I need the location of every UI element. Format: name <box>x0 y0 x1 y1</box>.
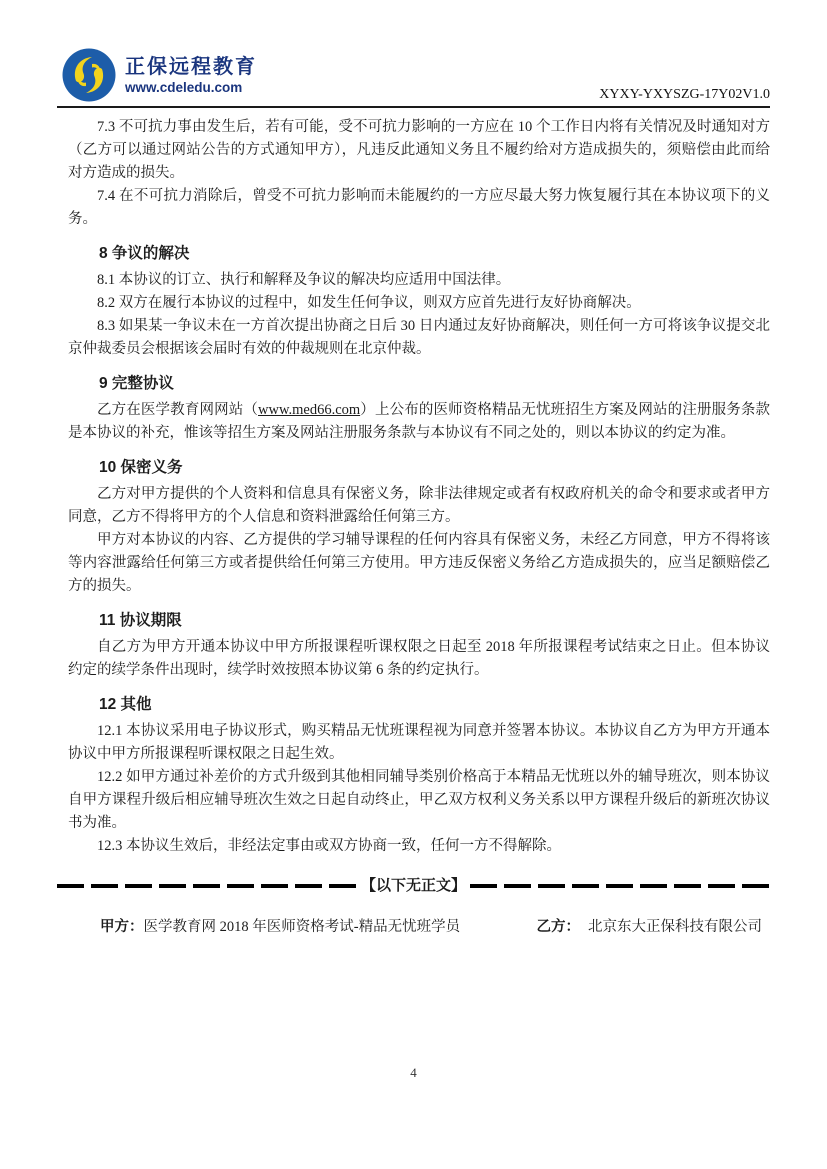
paragraph-11: 自乙方为甲方开通本协议中甲方所报课程听课权限之日起至 2018 年所报课程考试结… <box>68 636 770 682</box>
party-b-label: 乙方： <box>537 916 581 939</box>
paragraph-12-3: 12.3 本协议生效后，非经法定事由或双方协商一致，任何一方不得解除。 <box>68 835 770 858</box>
paragraph-10-2: 甲方对本协议的内容、乙方提供的学习辅导课程的任何内容具有保密义务，未经乙方同意，… <box>68 529 770 598</box>
divider-dash-left <box>57 884 357 888</box>
party-b: 乙方： 北京东大正保科技有限公司 <box>537 916 763 939</box>
page-header: 正保远程教育 www.cdeledu.com XYXY-YXYSZG-17Y02… <box>57 0 770 108</box>
paragraph-9-text-before: 乙方在医学教育网网站（ <box>97 402 258 418</box>
end-of-text-divider: 【以下无正文】 <box>57 876 770 896</box>
brand-name: 正保远程教育 <box>125 55 257 79</box>
paragraph-8-1: 8.1 本协议的订立、执行和解释及争议的解决均应适用中国法律。 <box>68 269 770 292</box>
divider-dash-right <box>470 884 770 888</box>
section-heading-8: 8 争议的解决 <box>68 242 770 265</box>
end-of-text-label: 【以下无正文】 <box>357 876 470 896</box>
party-a-name: 医学教育网 2018 年医师资格考试-精品无忧班学员 <box>144 916 461 939</box>
paragraph-7-4: 7.4 在不可抗力消除后，曾受不可抗力影响而未能履约的一方应尽最大努力恢复履行其… <box>68 185 770 231</box>
brand-text-block: 正保远程教育 www.cdeledu.com <box>125 55 257 96</box>
parties-row: 甲方： 医学教育网 2018 年医师资格考试-精品无忧班学员 乙方： 北京东大正… <box>57 916 770 939</box>
party-b-name: 北京东大正保科技有限公司 <box>588 916 762 939</box>
section-heading-12: 12 其他 <box>68 693 770 716</box>
party-a-label: 甲方： <box>100 916 144 939</box>
section-heading-11: 11 协议期限 <box>68 609 770 632</box>
paragraph-12-1: 12.1 本协议采用电子协议形式，购买精品无忧班课程视为同意并签署本协议。本协议… <box>68 720 770 766</box>
brand-swirl-icon <box>62 48 116 102</box>
page-number: 4 <box>0 1065 827 1081</box>
paragraph-9: 乙方在医学教育网网站（www.med66.com）上公布的医师资格精品无忧班招生… <box>68 399 770 445</box>
brand-url: www.cdeledu.com <box>125 79 257 96</box>
document-code: XYXY-YXYSZG-17Y02V1.0 <box>599 86 770 104</box>
brand-logo-block: 正保远程教育 www.cdeledu.com <box>62 48 257 102</box>
section-heading-9: 9 完整协议 <box>68 372 770 395</box>
document-body: 7.3 不可抗力事由发生后，若有可能，受不可抗力影响的一方应在 10 个工作日内… <box>57 108 770 858</box>
paragraph-7-3: 7.3 不可抗力事由发生后，若有可能，受不可抗力影响的一方应在 10 个工作日内… <box>68 116 770 185</box>
party-a: 甲方： 医学教育网 2018 年医师资格考试-精品无忧班学员 <box>100 916 460 939</box>
paragraph-10-1: 乙方对甲方提供的个人资料和信息具有保密义务，除非法律规定或者有权政府机关的命令和… <box>68 483 770 529</box>
document-page: 正保远程教育 www.cdeledu.com XYXY-YXYSZG-17Y02… <box>0 0 827 1169</box>
section-heading-10: 10 保密义务 <box>68 456 770 479</box>
med66-link[interactable]: www.med66.com <box>258 402 360 418</box>
paragraph-12-2: 12.2 如甲方通过补差价的方式升级到其他相同辅导类别价格高于本精品无忧班以外的… <box>68 766 770 835</box>
paragraph-8-3: 8.3 如果某一争议未在一方首次提出协商之日后 30 日内通过友好协商解决，则任… <box>68 315 770 361</box>
paragraph-8-2: 8.2 双方在履行本协议的过程中，如发生任何争议，则双方应首先进行友好协商解决。 <box>68 292 770 315</box>
